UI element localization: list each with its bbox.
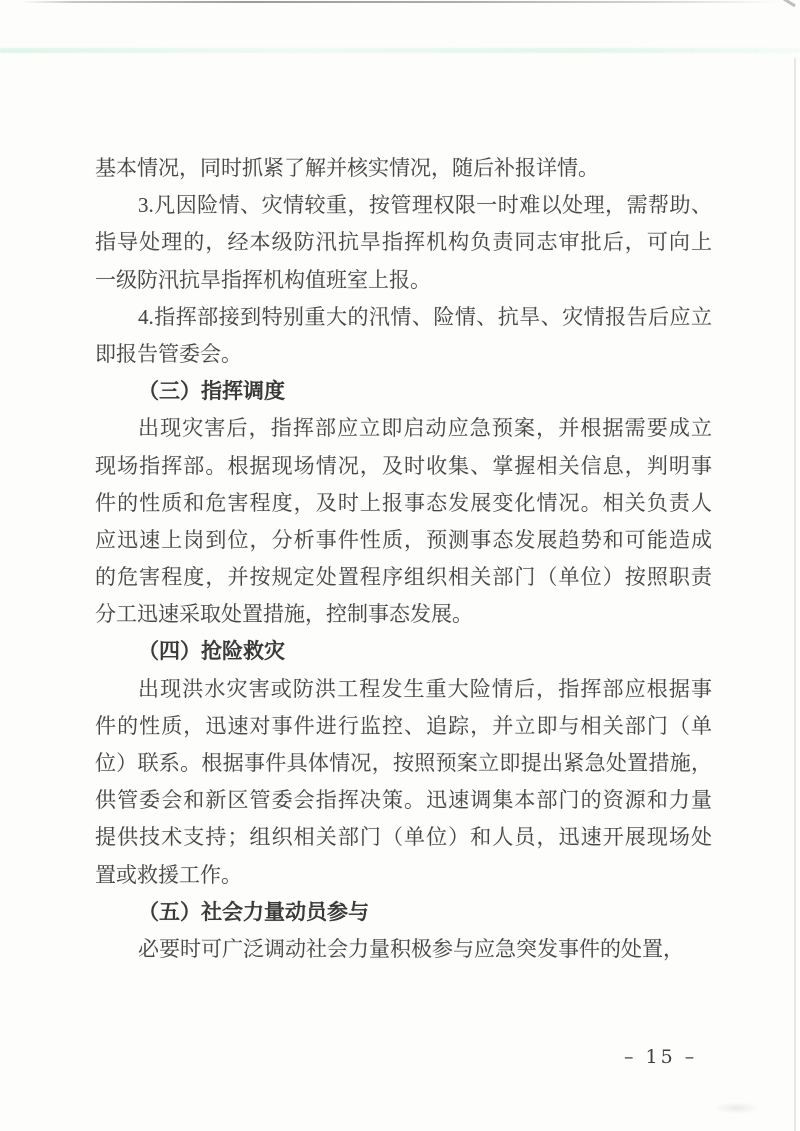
text-line: 件的性质和危害程度，及时上报事态发展变化情况。相关负责人	[95, 485, 712, 522]
section-heading: （三）指挥调度	[95, 373, 712, 410]
text-line: 4.指挥部接到特别重大的汛情、险情、抗旱、灾情报告后应立	[95, 299, 712, 336]
text-line: 出现灾害后，指挥部应立即启动应急预案，并根据需要成立	[95, 410, 712, 447]
text-line: 必要时可广泛调动社会力量积极参与应急突发事件的处置，	[95, 931, 712, 968]
section-heading: （四）抢险救灾	[95, 633, 712, 670]
scan-artifact-top-line	[22, 1, 778, 3]
text-line: 供管委会和新区管委会指挥决策。迅速调集本部门的资源和力量	[95, 782, 712, 819]
document-body: 基本情况，同时抓紧了解并核实情况，随后补报详情。 3.凡因险情、灾情较重，按管理…	[95, 150, 712, 968]
text-line: 的危害程度，并按规定处置程序组织相关部门（单位）按照职责	[95, 559, 712, 596]
text-line: 件的性质，迅速对事件进行监控、追踪，并立即与相关部门（单	[95, 708, 712, 745]
text-line: 3.凡因险情、灾情较重，按管理权限一时难以处理，需帮助、	[95, 187, 712, 224]
text-line: 位）联系。根据事件具体情况，按照预案立即提出紧急处置措施，	[95, 745, 712, 782]
scan-smudge	[714, 1102, 760, 1114]
text-line: 指导处理的，经本级防汛抗旱指挥机构负责同志审批后，可向上	[95, 224, 712, 261]
text-line: 置或救援工作。	[95, 857, 712, 894]
text-line: 现场指挥部。根据现场情况，及时收集、掌握相关信息，判明事	[95, 448, 712, 485]
scan-artifact-teal-band	[0, 48, 800, 53]
scan-artifact-right-edge	[794, 58, 796, 1131]
text-line: 即报告管委会。	[95, 336, 712, 373]
section-heading: （五）社会力量动员参与	[95, 894, 712, 931]
scan-artifact-corner-tick	[783, 0, 796, 7]
text-line: 一级防汛抗旱指挥机构值班室上报。	[95, 262, 712, 299]
text-line: 应迅速上岗到位，分析事件性质，预测事态发展趋势和可能造成	[95, 522, 712, 559]
text-line: 提供技术支持；组织相关部门（单位）和人员，迅速开展现场处	[95, 819, 712, 856]
document-page: 基本情况，同时抓紧了解并核实情况，随后补报详情。 3.凡因险情、灾情较重，按管理…	[0, 0, 800, 1131]
text-line: 基本情况，同时抓紧了解并核实情况，随后补报详情。	[95, 150, 712, 187]
page-number: – 15 –	[624, 1046, 697, 1068]
text-line: 分工迅速采取处置措施，控制事态发展。	[95, 596, 712, 633]
text-line: 出现洪水灾害或防洪工程发生重大险情后，指挥部应根据事	[95, 671, 712, 708]
